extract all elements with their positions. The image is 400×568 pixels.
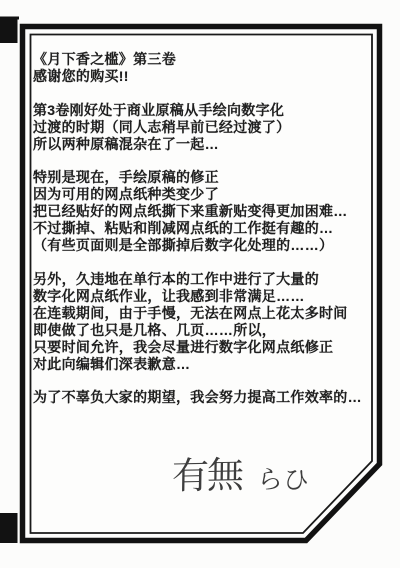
signature-kana: らひ bbox=[257, 459, 310, 497]
paragraph-closing: 为了不辜负大家的期望，我会努力提高工作效率的… bbox=[33, 389, 371, 406]
page: 《月下香之槛》第三卷 感谢您的购买!! 第3卷刚好处于商业原稿从手绘向数字化 过… bbox=[0, 0, 400, 568]
paragraph-handdrawn-correction: 特别是现在，手绘原稿的修正 因为可用的网点纸种类变少了 把已经贴好的网点纸撕下来… bbox=[33, 169, 371, 254]
paragraph-transition-period: 第3卷刚好处于商业原稿从手绘向数字化 过渡的时期（同人志稍早前已经过渡了） 所以… bbox=[33, 102, 371, 153]
signature-name: 有無 bbox=[172, 444, 243, 499]
corner-block-bottom-left bbox=[0, 513, 18, 543]
paragraph-digital-screentone: 另外，久违地在单行本的工作中进行了大量的 数字化网点纸作业，让我感到非常满足……… bbox=[33, 271, 371, 373]
signature: 有無らひ bbox=[171, 442, 342, 500]
paragraph-title-thanks: 《月下香之槛》第三卷 感谢您的购买!! bbox=[33, 51, 371, 85]
corner-block-top-left bbox=[0, 17, 19, 44]
afterword-text: 《月下香之槛》第三卷 感谢您的购买!! 第3卷刚好处于商业原稿从手绘向数字化 过… bbox=[33, 51, 371, 406]
